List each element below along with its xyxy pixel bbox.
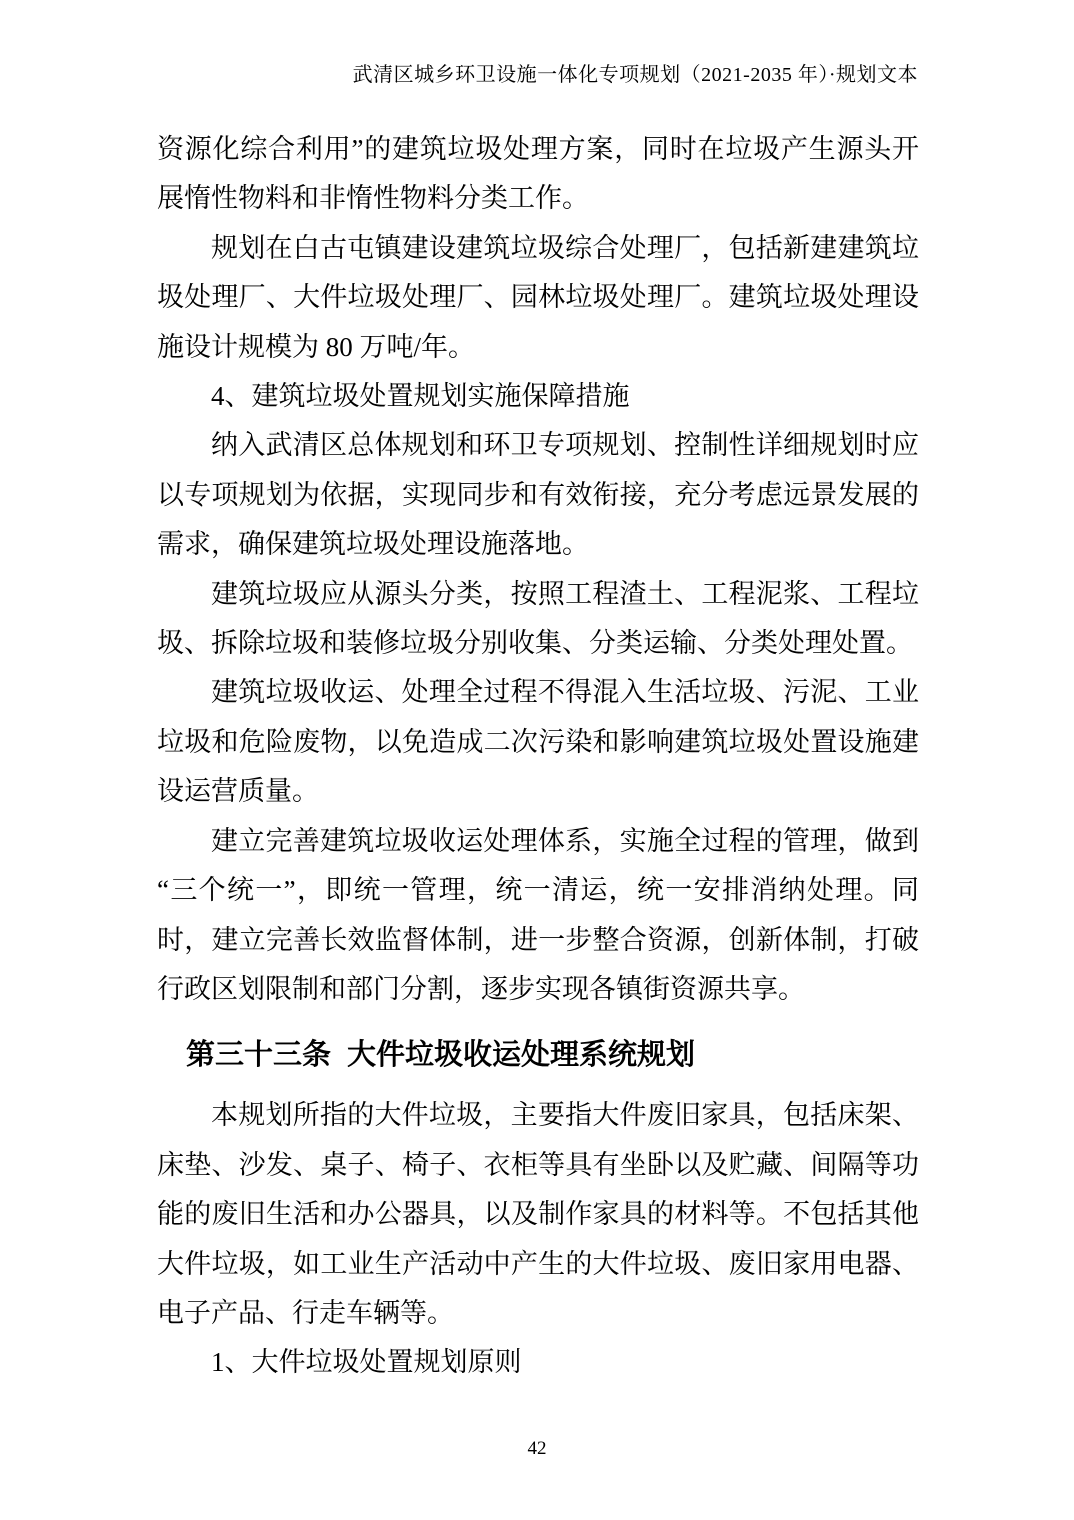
body-paragraph: 纳入武清区总体规划和环卫专项规划、控制性详细规划时应以专项规划为依据，实现同步和…	[157, 421, 919, 569]
body-paragraph: 建立完善建筑垃圾收运处理体系，实施全过程的管理，做到“三个统一”，即统一管理，统…	[157, 817, 919, 1015]
page-header-title: 武清区城乡环卫设施一体化专项规划（2021-2035 年）·规划文本	[157, 62, 918, 88]
body-paragraph: 建筑垃圾应从源头分类，按照工程渣土、工程泥浆、工程垃圾、拆除垃圾和装修垃圾分别收…	[157, 570, 919, 669]
numbered-subheading: 1、大件垃圾处置规划原则	[157, 1338, 919, 1387]
section-heading-article-33: 第三十三条 大件垃圾收运处理系统规划	[157, 1027, 919, 1083]
body-paragraph: 建筑垃圾收运、处理全过程不得混入生活垃圾、污泥、工业垃圾和危险废物，以免造成二次…	[157, 668, 919, 816]
body-paragraph: 规划在白古屯镇建设建筑垃圾综合处理厂，包括新建建筑垃圾处理厂、大件垃圾处理厂、园…	[157, 224, 919, 372]
page-number: 42	[0, 1436, 1074, 1462]
numbered-subheading: 4、建筑垃圾处置规划实施保障措施	[157, 372, 919, 421]
document-body: 资源化综合利用”的建筑垃圾处理方案，同时在垃圾产生源头开展惰性物料和非惰性物料分…	[157, 125, 919, 1388]
body-paragraph-continuation: 资源化综合利用”的建筑垃圾处理方案，同时在垃圾产生源头开展惰性物料和非惰性物料分…	[157, 125, 919, 224]
body-paragraph: 本规划所指的大件垃圾，主要指大件废旧家具，包括床架、床垫、沙发、桌子、椅子、衣柜…	[157, 1091, 919, 1338]
document-page: 武清区城乡环卫设施一体化专项规划（2021-2035 年）·规划文本 资源化综合…	[0, 0, 1074, 1520]
